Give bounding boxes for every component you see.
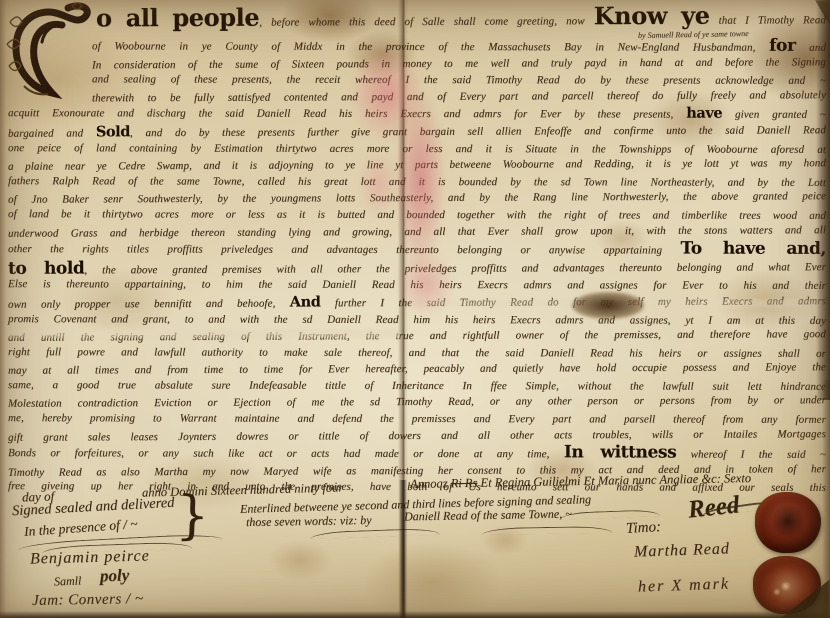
manuscript-text-segment: further I the said Timothy Read do for m…: [320, 295, 826, 309]
manuscript-text-segment: and sealing of these presents, the recei…: [92, 74, 826, 88]
signature-martha-read: Martha Read: [634, 540, 730, 561]
manuscript-text-segment: Else is thereunto appartaining, to him t…: [8, 278, 826, 292]
manuscript-text-segment: Sold: [96, 123, 130, 140]
enterlined-note-2: those seven words: viz: by: [246, 513, 372, 530]
manuscript-text-segment: of Woobourne in ye County of Middx in th…: [92, 40, 769, 53]
manuscript-line: other the rights titles proffitts privel…: [8, 239, 826, 259]
manuscript-text-segment: for: [769, 36, 795, 56]
manuscript-text-segment: own only propper use bennifitt and behoo…: [8, 297, 290, 310]
manuscript-text-segment: , before whome this deed of Salle shall …: [259, 15, 594, 28]
document-photo: o all people, before whome this deed of …: [0, 0, 830, 618]
manuscript-text-segment: me, hereby promising to Warrant maintain…: [8, 412, 826, 426]
manuscript-line: Bonds or forfeitures, or any such like a…: [8, 443, 826, 463]
manuscript-text-segment: whereof I the said ~: [676, 449, 826, 461]
manuscript-text-segment: , and do by these presents further give …: [130, 124, 826, 139]
manuscript-text-segment: , the above granted premises with all ot…: [84, 261, 826, 276]
manuscript-text-segment: underwood Grass and herbidge thereon sta…: [8, 224, 826, 240]
interlined-insertion-text: by Samuell Read of ye same towne: [638, 29, 749, 40]
manuscript-text-segment: therewith to be fully sattisfyed content…: [92, 89, 826, 104]
enterlined-note-3: Daniell Read of the same Towne, ~: [404, 507, 572, 525]
manuscript-text-segment: Know ye: [594, 1, 710, 31]
manuscript-text-segment: same, a good true absalute sure Indefeas…: [8, 379, 826, 393]
regnal-struck-text: Ri Rs: [451, 476, 478, 490]
signature-timothy-reed: Timo:: [626, 519, 662, 538]
manuscript-text-segment: gift grant sales leases Joynters dowres …: [8, 428, 826, 444]
manuscript-text-segment: of land be it thirtytwo acres more or le…: [8, 208, 826, 222]
regnal-prefix: Annoqz: [410, 476, 451, 491]
manuscript-text-segment: right full powre and lawfull authority t…: [8, 346, 826, 360]
manuscript-text-segment: other the rights titles proffitts privel…: [8, 243, 681, 256]
manuscript-text-segment: may at all times and from time to time f…: [8, 361, 826, 377]
manuscript-text-segment: acquitt Exonourate and discharg the said…: [8, 108, 686, 121]
manuscript-text-segment: fathers Ralph Read of the same Towne, ca…: [8, 175, 826, 189]
deed-text-body: o all people, before whome this deed of …: [0, 2, 830, 496]
manuscript-text-segment: And: [290, 293, 321, 310]
manuscript-text-segment: a plaine near ye Cedre Swamp, and it is …: [8, 157, 826, 173]
manuscript-text-segment: promis Covenant and grant, to and with t…: [8, 313, 826, 327]
signature-her-mark: her X mark: [638, 575, 731, 596]
wax-seal-bottom: [753, 556, 821, 614]
manuscript-line: own only propper use bennifitt and behoo…: [8, 292, 826, 313]
witness-signature-poly: poly: [100, 565, 130, 586]
manuscript-text-segment: and: [796, 42, 826, 54]
manuscript-text-segment: of Jno Baker senr Southwesterly, by the …: [8, 191, 826, 207]
manuscript-text-segment: o all people: [96, 3, 259, 33]
manuscript-text-segment: In consideration of the sume of Sixteen …: [92, 56, 826, 71]
manuscript-text-segment: bargained and: [8, 127, 96, 139]
manuscript-line: bargained and Sold, and do by these pres…: [8, 121, 826, 142]
witness-signature-jam-convers: Jam: Convers / ~: [32, 591, 144, 610]
manuscript-text-segment: that I Timothy Read: [710, 14, 826, 27]
manuscript-text-segment: and untill the signing and sealing of th…: [8, 328, 826, 344]
manuscript-text-segment: Bonds or forfeitures, or any such like a…: [8, 447, 564, 460]
manuscript-line: of Woobourne in ye County of Middx in th…: [8, 36, 826, 56]
manuscript-text-segment: one peice of land containing by Estimati…: [8, 142, 826, 156]
manuscript-text-segment: In wittness: [564, 443, 676, 463]
manuscript-line: of land be it thirtytwo acres more or le…: [8, 206, 826, 224]
wax-seal-top: [755, 492, 821, 553]
witness-signature-samll: Samll: [54, 574, 82, 590]
manuscript-text-segment: Molestation contradiction Eviction or Ej…: [8, 395, 826, 411]
manuscript-text-segment: have: [686, 105, 722, 122]
manuscript-text-segment: To have and,: [680, 239, 826, 259]
manuscript-text-segment: given granted ~: [722, 109, 826, 121]
